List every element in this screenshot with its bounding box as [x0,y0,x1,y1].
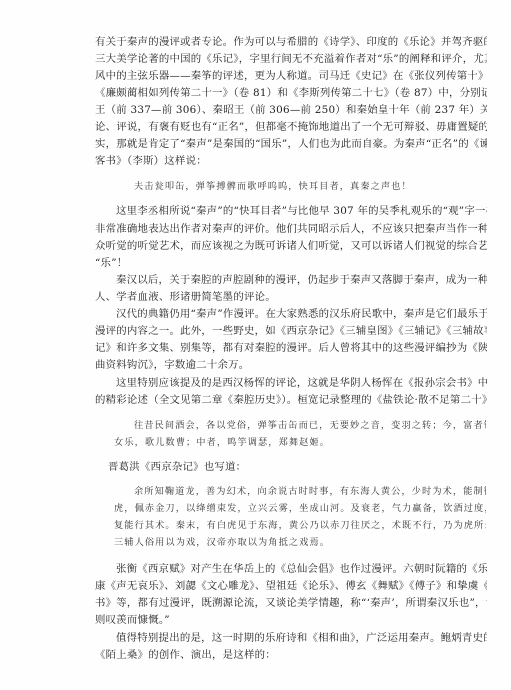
text-line: 《廉颇蔺相如列传第二十一》（卷 81）和《李斯列传第二十七》（卷 87）中，分别… [95,85,487,101]
text-line: 则叹羡而慷慨。” [95,612,487,628]
quote-line: 女乐，歌儿数曹；中者，鸣竽调瑟，郑舞赵姬。 [114,435,486,451]
text-line: 《陌上桑》的创作、演出，是这样的： [95,647,487,663]
document-page: 有关于秦声的漫评或者专论。作为可以与希腊的《诗学》、印度的《乐论》并驾齐驱的世界… [0,0,511,690]
text-line: 王（前 337—前 306）、秦昭王（前 306—前 250）和秦始皇十年（前 … [95,102,487,118]
text-line: 客书》（李斯）这样说： [95,153,487,169]
text-line: 晋葛洪《西京杂记》也写道： [108,459,308,475]
text-line: 记》和许多文集、别集等，都有对秦腔的漫评。后人曾将其中的这些漫评编抄为《陕西历代… [95,340,487,356]
text-line: 有关于秦声的漫评或者专论。作为可以与希腊的《诗学》、印度的《乐论》并驾齐驱的世界… [95,34,487,50]
text-line: 人、学者血液、形诸册简笔墨的评论。 [95,289,487,305]
text-line: 康《声无哀乐》、刘勰《文心雕龙》、望祖廷《论乐》、傅玄《舞赋》《傅子》和挚虞《太… [95,578,487,594]
text-line: 这里李丞相所说“秦声”的“快耳目者”与比他早 307 年的吴季札观乐的“观”字一… [116,203,487,219]
quote-line: 复能行其术。秦末，有白虎见于东海，黄公乃以赤刀往厌之，术既不行，乃为虎所杀。 [114,518,486,534]
text-line: 张衡《西京赋》对产生在华岳上的《总仙会倡》也作过漫评。六朝时阮籍的《乐论》、嵇 [116,561,487,577]
text-line: 曲资料钩沉》，字数逾二十余万。 [95,357,487,373]
text-line: 实，那就是肯定了“秦声”是秦国的“国乐”，人们也为此而自豪。为秦声“正名”的《谏… [95,136,487,152]
quote-line: 虎，佩赤金刀，以绛缯束发，立兴云雾，坐成山河。及衰老，气力赢备，饮酒过度，不 [114,501,486,517]
text-line: 这里特别应该提及的是西汉杨恽的评论，这就是华阴人杨恽在《报孙宗会书》中关于秦声 [116,375,487,391]
text-line: 书》等，都有过漫评，既溯源论流，又谈论美学情趣，称“‘秦声’，所谓秦汉乐也”，“… [95,595,487,611]
quote-line: 三辅人俗用以为戏，汉帝亦取以为角抵之戏焉。 [114,535,486,551]
text-line: 非常准确地表达出作者对秦声的评价。他们共同昭示后人，不应该只把秦声当作一种只能诉… [95,221,487,237]
text-line: 汉代的典籍仍用“秦声”作漫评。在大家熟悉的汉乐府民歌中，秦声是它们最乐于记陈和 [116,306,487,322]
text-line: 漫评的内容之一。此外，一些野史，如《西京杂记》《三辅皇图》《三辅记》《三辅故事》… [95,323,487,339]
text-line: 众听觉的听觉艺术，而应该视之为既可诉诸人们听觉，又可以诉诸人们视觉的综合艺术—— [95,238,487,254]
quote-line: 夫击瓮叩缶，弹筝搏髀而歌呼呜呜，快耳目者，真秦之声也！ [134,179,486,195]
text-line: 风中的主弦乐器——秦筝的评述，更为人称道。司马迁《史记》在《张仪列传第十》（卷 … [95,68,487,84]
text-line: 值得特别提出的是，这一时期的乐府诗和《相和曲》，广泛运用秦声。鲍炳青史的秦罗敷 [116,630,487,646]
text-line: 三大美学论著的中国的《乐记》，字里行间无不充溢着作者对“乐”的阐释和评介，尤其是… [95,51,487,67]
text-line: “乐”！ [95,255,487,271]
quote-line: 余所知鞠道龙，善为幻术，向余说古时时事，有东海人黄公，少时为术，能制御龙 [134,484,486,500]
quote-line: 往昔民间酒会，各以党俗，弹筝击缶而已，无要妙之音，变羽之转；今，富者钟鼓 [134,418,486,434]
text-line: 的精彩论述（全文见第二章《秦腔历史》）。桓宽记录整理的《盐铁论·散不足第二十》也… [95,392,487,408]
text-line: 论、评说，有褒有贬也有“正名”，但都毫不掩饰地道出了一个无可辩驳、毋庸置疑的历史… [95,119,487,135]
text-line: 秦汉以后，关于秦腔的声腔剧种的漫评，仍起步于秦声又落脚于秦声，成为一种融化在文 [116,272,487,288]
